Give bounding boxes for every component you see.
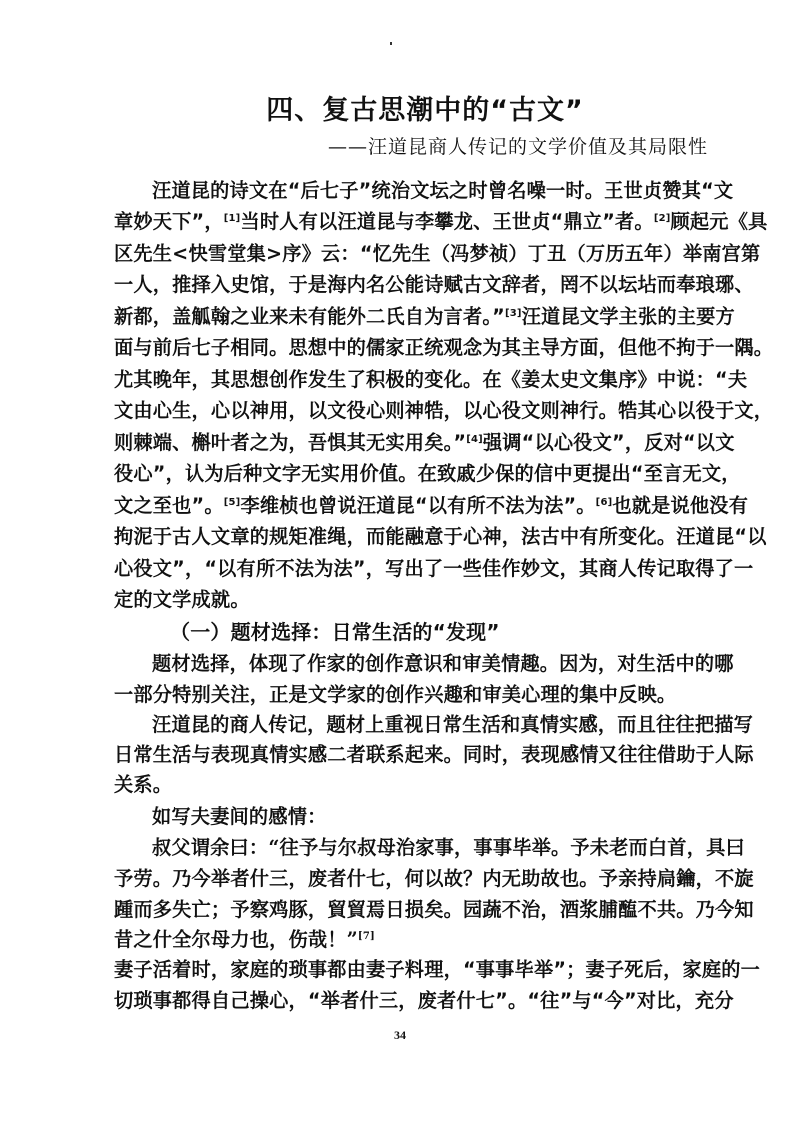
text-line: 汪道昆的诗文在“后七子”统治文坛之时曾名噪一时。王世贞赞其“文 — [152, 176, 714, 206]
chapter-title: 四、复古思潮中的“古文” — [0, 88, 800, 127]
text-line: 文由心生，心以神用，以文役心则神牿，以心役文则神行。牿其心以役于文， — [114, 396, 714, 426]
text-line: 役心”，认为后种文字无实用价值。在致戚少保的信中更提出“至言无文， — [114, 459, 714, 489]
text-line: 关系。 — [114, 770, 714, 800]
footnote-ref: [3] — [505, 308, 522, 319]
text-line: 拘泥于古人文章的规矩准绳，而能融意于心神，法古中有所变化。汪道昆“以 — [114, 522, 714, 552]
footnote-ref: [4] — [466, 434, 483, 445]
section-heading: （一）题材选择：日常生活的“发现” — [170, 617, 570, 647]
text-line: 区先生<快雪堂集>序》云：“忆先生（冯梦祯）丁丑（万历五年）举南宫第 — [114, 239, 714, 269]
footnote-ref: [6] — [596, 497, 613, 508]
text-line: 新都，盖觚翰之业来未有能外二氏自为言者。”[3]汪道昆文学主张的主要方 — [114, 302, 714, 332]
text-line: 面与前后七子相同。思想中的儒家正统观念为其主导方面，但他不拘于一隅。 — [114, 333, 714, 363]
footnote-ref: [1] — [224, 213, 241, 224]
text-line: 题材选择，体现了作家的创作意识和审美情趣。因为，对生活中的哪 — [152, 649, 714, 679]
document-page: 四、复古思潮中的“古文” ——汪道昆商人传记的文学价值及其局限性 汪道昆的诗文在… — [0, 0, 800, 1134]
text-line: 一部分特别关注，正是文学家的创作兴趣和审美心理的集中反映。 — [114, 680, 714, 710]
quote-line: 踵而多失亡；予察鸡豚，貿貿焉日损矣。园蔬不治，酒浆脯醢不共。乃今知 — [114, 895, 714, 925]
text-line: 妻子活着时，家庭的琐事都由妻子料理，“事事毕举”；妻子死后，家庭的一 — [114, 955, 714, 985]
footnote-ref: [7] — [358, 931, 375, 942]
scan-speck — [390, 42, 392, 45]
text-line: 日常生活与表现真情实感二者联系起来。同时，表现感情又往往借助于人际 — [114, 740, 714, 770]
text-line: 则棘端、槲叶者之为，吾惧其无实用矣。”[4]强调“以心役文”，反对“以文 — [114, 428, 714, 458]
text-line: 切琐事都得自己操心，“举者什三，废者什七”。“往”与“今”对比，充分 — [114, 986, 714, 1016]
text-line: 汪道昆的商人传记，题材上重视日常生活和真情实感，而且往往把描写 — [152, 710, 714, 740]
text-line: 尤其晚年，其思想创作发生了积极的变化。在《姜太史文集序》中说：“夫 — [114, 365, 714, 395]
text-line: 一人，推择入史馆，于是海内名公能诗赋古文辞者，罔不以坛坫而奉琅琊、 — [114, 270, 714, 300]
text-line: 章妙天下”，[1]当时人有以汪道昆与李攀龙、王世贞“鼎立”者。[2]顾起元《具 — [114, 207, 714, 237]
chapter-subtitle: ——汪道昆商人传记的文学价值及其局限性 — [328, 132, 708, 159]
text-line: 定的文学成就。 — [114, 585, 714, 615]
text-line: 心役文”，“以有所不法为法”，写出了一些佳作妙文，其商人传记取得了一 — [114, 554, 714, 584]
footnote-ref: [5] — [224, 497, 241, 508]
quote-line: 昔之什全尔母力也，伤哉！”[7] — [114, 925, 714, 955]
quote-line: 予劳。乃今举者什三，废者什七，何以故？内无助故也。予亲持扃鑰，不旋 — [114, 864, 714, 894]
text-line: 文之至也”。[5]李维桢也曾说汪道昆“以有所不法为法”。[6]也就是说他没有 — [114, 491, 714, 521]
page-number: 34 — [0, 1028, 800, 1043]
quote-line: 叔父谓余曰：“往予与尔叔母治家事，事事毕举。予未老而白首，具曰 — [152, 833, 714, 863]
footnote-ref: [2] — [654, 213, 671, 224]
text-line: 如写夫妻间的感情： — [152, 802, 714, 832]
